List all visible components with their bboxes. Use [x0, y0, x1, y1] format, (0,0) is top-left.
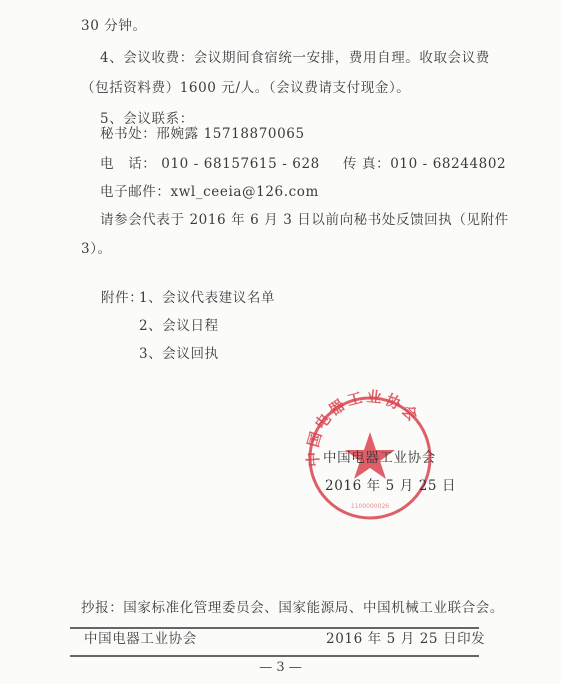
- attachments-label: 附件：: [101, 289, 143, 307]
- svg-text:1100000026: 1100000026: [351, 503, 389, 510]
- reply-line1: 请参会代表于 2016 年 6 月 3 日以前向秘书处反馈回执（见附件: [100, 211, 509, 229]
- attachment-item-1: 1、会议代表建议名单: [139, 289, 275, 307]
- item4-line2: （包括资料费）1600 元/人。（会议费请支付现金）。: [81, 79, 410, 97]
- divider-top: [70, 627, 479, 629]
- text-line-continuation: 30 分钟。: [81, 17, 147, 35]
- page-number: — 3 —: [0, 660, 561, 675]
- item4-line1: 4、会议收费：会议期间食宿统一安排，费用自理。收取会议费: [100, 49, 490, 67]
- phone-line: 电 话： 010 - 68157615 - 628: [100, 155, 320, 173]
- document-page: 30 分钟。 4、会议收费：会议期间食宿统一安排，费用自理。收取会议费 （包括资…: [0, 0, 561, 684]
- issue-date: 2016 年 5 月 25 日印发: [326, 630, 485, 648]
- reply-line2: 3）。: [81, 240, 112, 258]
- signature-date: 2016 年 5 月 25 日: [325, 474, 456, 494]
- cc-recipients: 抄报：国家标准化管理委员会、国家能源局、中国机械工业联合会。: [81, 599, 504, 617]
- divider-bottom: [70, 655, 479, 657]
- signature-organization: 中国电器工业协会: [323, 446, 436, 466]
- email-line: 电子邮件：xwl_ceeia@126.com: [100, 183, 319, 201]
- secretariat-contact: 秘书处：邢婉露 15718870065: [100, 125, 305, 143]
- attachment-item-3: 3、会议回执: [139, 345, 219, 363]
- attachment-item-2: 2、会议日程: [139, 317, 219, 335]
- issuer: 中国电器工业协会: [84, 630, 197, 648]
- fax-line: 传 真：010 - 68244802: [343, 155, 506, 173]
